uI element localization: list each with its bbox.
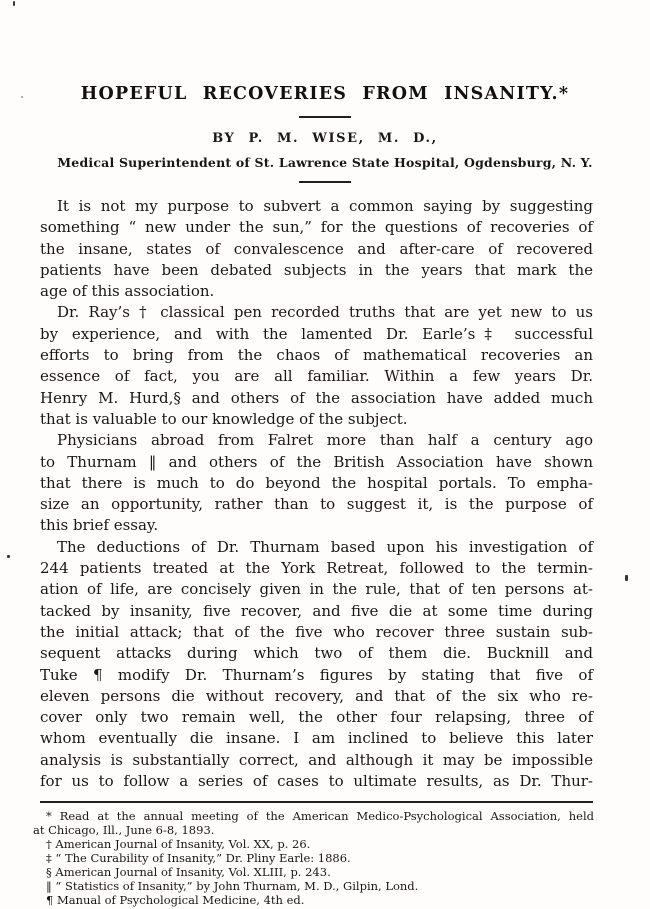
footnote: ‡ “ The Curability of Insanity,” Dr. Pli…: [33, 851, 594, 865]
text-line: eleven persons die without recovery, and…: [40, 686, 593, 707]
text-line: for us to follow a series of cases to ul…: [40, 771, 593, 792]
text-line: sequent attacks during which two of them…: [40, 643, 593, 664]
text-line: Dr. Ray’s † classical pen recorded truth…: [40, 302, 593, 323]
text-line: that is valuable to our knowledge of the…: [40, 409, 593, 430]
text-line: Tuke ¶ modify Dr. Thurnam’s figures by s…: [40, 665, 593, 686]
byline-divider-rule: [299, 181, 351, 183]
text-line: at Chicago, Ill., June 6-8, 1893.: [33, 823, 594, 837]
text-line: The deductions of Dr. Thurnam based upon…: [40, 537, 593, 558]
text-line: patients have been debated subjects in t…: [40, 260, 593, 281]
text-line: † American Journal of Insanity, Vol. XX,…: [33, 837, 594, 851]
text-line: 244 patients treated at the York Retreat…: [40, 558, 593, 579]
scan-speck: [21, 96, 23, 98]
title-divider-rule: [299, 116, 351, 118]
body-paragraph: It is not my purpose to subvert a common…: [40, 196, 593, 302]
byline: BY P. M. WISE, M. D.,: [0, 131, 650, 146]
text-line: cover only two remain well, the other fo…: [40, 707, 593, 728]
scan-speck: [7, 555, 10, 558]
text-line: It is not my purpose to subvert a common…: [40, 196, 593, 217]
page-title: HOPEFUL RECOVERIES FROM INSANITY.*: [0, 84, 650, 104]
footnote: § American Journal of Insanity, Vol. XLI…: [33, 865, 594, 879]
text-line: ation of life, are concisely given in th…: [40, 579, 593, 600]
text-line: tacked by insanity, five recover, and fi…: [40, 601, 593, 622]
text-line: analysis is substantially correct, and a…: [40, 750, 593, 771]
text-line: to Thurnam ‖ and others of the British A…: [40, 452, 593, 473]
text-line: ‖ “ Statistics of Insanity,” by John Thu…: [33, 879, 594, 893]
text-line: Physicians abroad from Falret more than …: [40, 430, 593, 451]
text-line: ‡ “ The Curability of Insanity,” Dr. Pli…: [33, 851, 594, 865]
body-paragraph: Physicians abroad from Falret more than …: [40, 430, 593, 536]
text-line: ¶ Manual of Psychological Medicine, 4th …: [33, 893, 594, 907]
footnote: * Read at the annual meeting of the Amer…: [33, 809, 594, 837]
text-line: that there is much to do beyond the hosp…: [40, 473, 593, 494]
article-body: It is not my purpose to subvert a common…: [40, 196, 593, 792]
body-paragraph: The deductions of Dr. Thurnam based upon…: [40, 537, 593, 793]
text-line: essence of fact, you are all familiar. W…: [40, 366, 593, 387]
text-line: the initial attack; that of the five who…: [40, 622, 593, 643]
document-page: HOPEFUL RECOVERIES FROM INSANITY.* BY P.…: [0, 0, 650, 909]
text-line: something “ new under the sun,” for the …: [40, 217, 593, 238]
text-line: this brief essay.: [40, 515, 593, 536]
text-line: efforts to bring from the chaos of mathe…: [40, 345, 593, 366]
scan-speck: [625, 575, 628, 581]
text-line: whom eventually die insane. I am incline…: [40, 728, 593, 749]
body-paragraph: Dr. Ray’s † classical pen recorded truth…: [40, 302, 593, 430]
text-line: * Read at the annual meeting of the Amer…: [33, 809, 594, 823]
footnote: ¶ Manual of Psychological Medicine, 4th …: [33, 893, 594, 907]
text-line: § American Journal of Insanity, Vol. XLI…: [33, 865, 594, 879]
scan-speck: [13, 1, 15, 6]
text-line: size an opportunity, rather than to sugg…: [40, 494, 593, 515]
text-line: the insane, states of convalescence and …: [40, 239, 593, 260]
footnote: † American Journal of Insanity, Vol. XX,…: [33, 837, 594, 851]
text-line: age of this association.: [40, 281, 593, 302]
footnote-divider-rule: [40, 801, 593, 803]
affiliation: Medical Superintendent of St. Lawrence S…: [0, 155, 650, 170]
text-line: Henry M. Hurd,§ and others of the associ…: [40, 388, 593, 409]
footnote: ‖ “ Statistics of Insanity,” by John Thu…: [33, 879, 594, 893]
footnotes-section: * Read at the annual meeting of the Amer…: [33, 809, 594, 907]
text-line: by experience, and with the lamented Dr.…: [40, 324, 593, 345]
